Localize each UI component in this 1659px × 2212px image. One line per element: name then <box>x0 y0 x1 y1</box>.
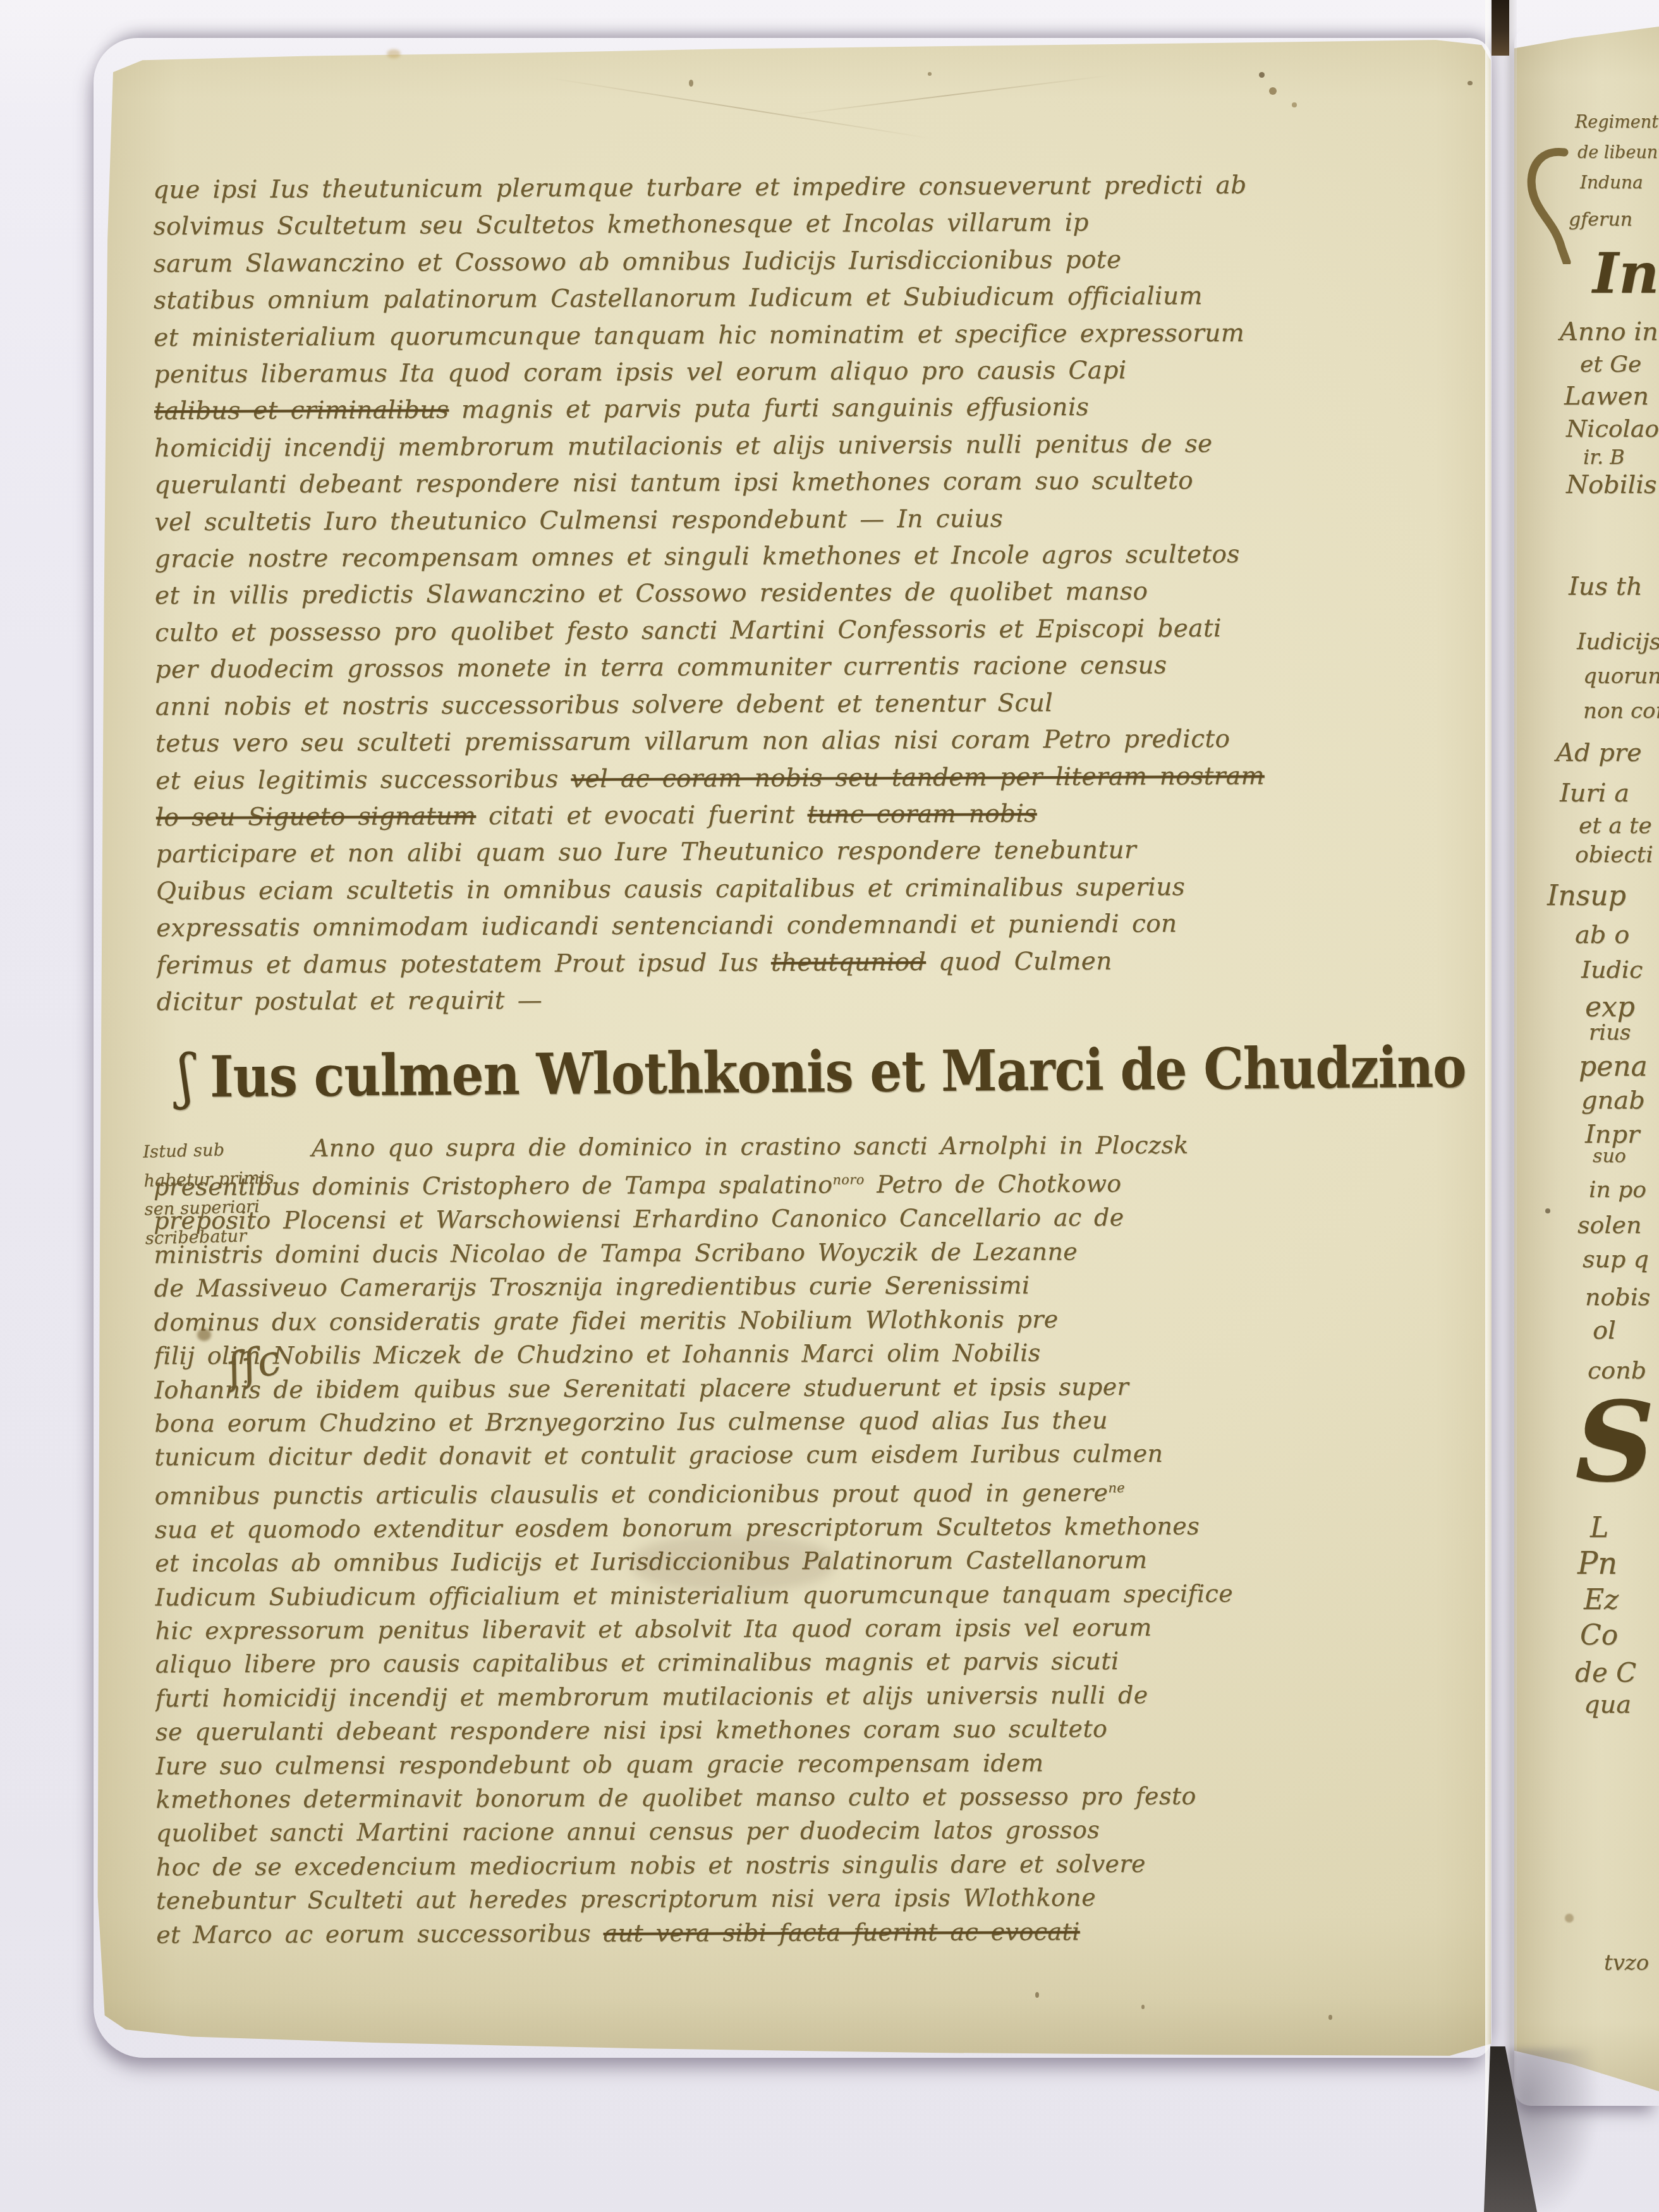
cutoff-text-fragment: Ad pre <box>1556 738 1642 767</box>
manuscript-line: bona eorum Chudzino et Brznyegorzino Ius… <box>154 1403 1387 1441</box>
manuscript-line: expressatis omnimodam iudicandi sentenci… <box>156 905 1389 947</box>
cutoff-text-fragment: suo <box>1593 1145 1626 1167</box>
manuscript-line: penitus liberamus Ita quod coram ipsis v… <box>154 351 1386 394</box>
text-segment: noro <box>832 1172 864 1188</box>
text-segment: citati et evocati fuerint <box>476 801 807 830</box>
cutoff-text-fragment: ab o <box>1575 920 1629 949</box>
text-segment: Petro de Chotkowo <box>865 1170 1122 1198</box>
ink-smudge <box>632 1534 834 1591</box>
manuscript-line: hic expressorum penitus liberavit et abs… <box>155 1610 1387 1648</box>
cutoff-text-fragment: quorund <box>1583 664 1659 689</box>
cutoff-text-fragment: Anno in <box>1560 317 1658 346</box>
rubric-heading: ʃIus culmen Wlothkonis et Marci de Chudz… <box>178 1032 1418 1111</box>
glass-clamp-strip <box>1485 0 1517 2212</box>
manuscript-line: omnibus punctis articulis clausulis et c… <box>155 1470 1387 1513</box>
manuscript-line: ministris domini ducis Nicolao de Tampa … <box>154 1234 1386 1272</box>
cutoff-text-fragment: qua <box>1584 1690 1631 1719</box>
text-segment: Iure suo culmensi respondebunt ob quam g… <box>155 1749 1043 1780</box>
cutoff-text-fragment: Lawen <box>1564 382 1649 411</box>
cutoff-text-fragment: rius <box>1589 1020 1631 1045</box>
cutoff-text-fragment: de C <box>1575 1657 1636 1688</box>
cutoff-text-fragment: Co <box>1580 1619 1618 1651</box>
text-segment: se querulanti debeant respondere nisi ip… <box>155 1715 1107 1746</box>
text-segment: ministris domini ducis Nicolao de Tampa … <box>154 1237 1078 1268</box>
cutoff-text-fragment: solen <box>1577 1211 1642 1239</box>
manuscript-line: furti homicidij incendij et membrorum mu… <box>155 1677 1388 1715</box>
stain <box>1259 72 1265 78</box>
cutoff-text-fragment: gnab <box>1581 1086 1645 1115</box>
cutoff-text-fragment: Insup <box>1547 880 1626 912</box>
text-segment: statibus omnium palatinorum Castellanoru… <box>154 282 1203 315</box>
text-segment: anni nobis et nostris successoribus solv… <box>155 689 1053 721</box>
manuscript-line: ferimus et damus potestatem Prout ipsud … <box>156 942 1389 984</box>
cutoff-text-fragment: ir. B <box>1583 445 1625 469</box>
manuscript-line: Iure suo culmensi respondebunt ob quam g… <box>155 1745 1388 1783</box>
manuscript-line: homicidij incendij membrorum mutilacioni… <box>154 425 1387 468</box>
manuscript-line: quolibet sancti Martini racione annui ce… <box>156 1813 1389 1850</box>
cutoff-text-fragment: tvzo <box>1604 1950 1649 1976</box>
text-segment: omnibus punctis articulis clausulis et c… <box>155 1479 1109 1510</box>
manuscript-line: preposito Plocensi et Warschowiensi Erha… <box>154 1200 1386 1238</box>
manuscript-line: hoc de se excedencium mediocrium nobis e… <box>156 1846 1389 1884</box>
manuscript-line: participare et non alibi quam suo Iure T… <box>156 831 1389 873</box>
paraph-flourish-icon: ʃ <box>178 1042 192 1111</box>
manuscript-line: culto et possesso pro quolibet festo san… <box>155 610 1387 652</box>
text-segment: que ipsi Ius theutunicum plerumque turba… <box>153 171 1247 205</box>
manuscript-line: tunicum dicitur dedit donavit et contuli… <box>154 1437 1387 1474</box>
text-segment: culto et possesso pro quolibet festo san… <box>155 614 1222 647</box>
text-segment: ne <box>1108 1480 1125 1495</box>
text-segment: sarum Slawanczino et Cossowo ab omnibus … <box>154 245 1122 278</box>
manuscript-line: statibus omnium palatinorum Castellanoru… <box>154 277 1386 320</box>
stain <box>1545 1208 1550 1213</box>
text-segment: homicidij incendij membrorum mutilacioni… <box>154 430 1213 463</box>
cutoff-text-fragment: in po <box>1589 1177 1646 1203</box>
manuscript-line: se querulanti debeant respondere nisi ip… <box>155 1711 1388 1749</box>
text-segment: querulanti debeant respondere nisi tantu… <box>154 466 1193 499</box>
text-segment: penitus liberamus Ita quod coram ipsis v… <box>154 356 1126 389</box>
text-segment: gracie nostre recompensam omnes et singu… <box>155 540 1240 573</box>
text-segment: expressatis omnimodam iudicandi sentenci… <box>156 909 1177 942</box>
manuscript-photo: { "document": { "kind": "medieval manusc… <box>0 0 1659 2212</box>
initial-flourish-icon <box>1525 147 1585 264</box>
manuscript-line: dicitur postulat et requirit — <box>157 979 1389 1021</box>
manuscript-line: et Marco ac eorum successoribus aut vera… <box>156 1914 1389 1952</box>
manuscript-line: per duodecim grossos monete in terra com… <box>155 647 1387 689</box>
cutoff-text-fragment: ol <box>1593 1316 1616 1345</box>
text-segment: participare et non alibi quam suo Iure T… <box>156 836 1136 869</box>
text-segment: Iohannis de ibidem quibus sue Serenitati… <box>154 1373 1129 1404</box>
stain <box>689 80 693 87</box>
text-segment: dominus dux consideratis grate fidei mer… <box>154 1305 1059 1336</box>
stain <box>1565 1914 1574 1923</box>
text-segment: furti homicidij incendij et membrorum mu… <box>155 1681 1148 1712</box>
manuscript-line: Iohannis de ibidem quibus sue Serenitati… <box>154 1369 1387 1407</box>
manuscript-line: dominus dux consideratis grate fidei mer… <box>154 1301 1387 1339</box>
text-segment: et Marco ac eorum successoribus <box>156 1919 604 1948</box>
text-segment: dicitur postulat et requirit — <box>157 987 542 1017</box>
stain <box>1141 2005 1145 2009</box>
cutoff-text-fragment: obiecti <box>1575 842 1653 868</box>
manuscript-line: solvimus Scultetum seu Scultetos kmethon… <box>153 204 1385 246</box>
manuscript-line: et in villis predictis Slawanczino et Co… <box>155 573 1387 615</box>
manuscript-line: et eius legitimis successoribus vel ac c… <box>155 757 1388 799</box>
text-segment: kmethones determinavit bonorum de quolib… <box>155 1782 1196 1814</box>
cutoff-text-fragment: Ius th <box>1569 572 1643 601</box>
stain <box>1468 81 1473 85</box>
manuscript-line: et ministerialium quorumcunque tanquam h… <box>154 314 1386 356</box>
text-segment: lo seu Sigueto signatum <box>155 802 476 832</box>
text-segment: et ministerialium quorumcunque tanquam h… <box>154 319 1244 352</box>
stain <box>1269 87 1277 95</box>
manuscript-line: anni nobis et nostris successoribus solv… <box>155 683 1388 726</box>
manuscript-line: de Massiveuo Camerarijs Trosznija ingred… <box>154 1268 1387 1306</box>
text-segment: hic expressorum penitus liberavit et abs… <box>155 1613 1152 1645</box>
text-segment: et eius legitimis successoribus <box>155 765 571 795</box>
stain <box>1328 2015 1332 2020</box>
text-segment: talibus et criminalibus <box>154 396 449 426</box>
text-segment: solvimus Scultetum seu Scultetos kmethon… <box>153 209 1089 241</box>
cutoff-text-fragment: Regimenta <box>1575 112 1659 132</box>
text-segment: filij olim Nobilis Miczek de Chudzino et… <box>154 1339 1041 1370</box>
cutoff-text-fragment: de libeunt <box>1577 143 1659 162</box>
cutoff-text-fragment: Iuri a <box>1560 779 1629 808</box>
manuscript-line: talibus et criminalibus magnis et parvis… <box>154 388 1387 430</box>
text-segment: tunc coram nobis <box>807 799 1036 829</box>
text-segment: quod Culmen <box>926 947 1112 976</box>
text-segment: magnis et parvis puta furti sanguinis ef… <box>449 393 1089 424</box>
rubric-heading-text: Ius culmen Wlothkonis et Marci de Chudzi… <box>210 1033 1466 1110</box>
manuscript-line: kmethones determinavit bonorum de quolib… <box>155 1779 1388 1817</box>
cutoff-text-fragment: exp <box>1585 991 1635 1023</box>
text-segment: vel ac coram nobis seu tandem per litera… <box>571 762 1265 793</box>
manuscript-line: gracie nostre recompensam omnes et singu… <box>155 536 1387 578</box>
cutoff-text-fragment: Pn <box>1577 1546 1617 1581</box>
text-segment: Quibus eciam scultetis in omnibus causis… <box>156 873 1185 906</box>
cutoff-text-fragment: L <box>1590 1512 1608 1544</box>
manuscript-line: tenebuntur Sculteti aut heredes prescrip… <box>156 1880 1389 1918</box>
manuscript-line: que ipsi Ius theutunicum plerumque turba… <box>153 167 1385 209</box>
cutoff-text-fragment: St <box>1575 1378 1659 1507</box>
text-segment: quolibet sancti Martini racione annui ce… <box>156 1816 1100 1847</box>
text-segment: theutquniod <box>771 947 926 976</box>
cutoff-text-fragment: sup q <box>1583 1245 1649 1273</box>
cutoff-text-fragment: Iudicijs <box>1577 629 1659 655</box>
text-segment: hoc de se excedencium mediocrium nobis e… <box>156 1850 1146 1881</box>
manuscript-line: querulanti debeant respondere nisi tantu… <box>154 462 1387 504</box>
manuscript-line: tetus vero seu sculteti premissarum vill… <box>155 720 1388 763</box>
text-segment: de Massiveuo Camerarijs Trosznija ingred… <box>154 1272 1030 1303</box>
manuscript-line: sarum Slawanczino et Cossowo ab omnibus … <box>154 241 1386 283</box>
manuscript-line: vel scultetis Iuro theutunico Culmensi r… <box>154 499 1387 541</box>
text-segment: bona eorum Chudzino et Brznyegorzino Ius… <box>154 1406 1108 1437</box>
cutoff-text-fragment: non cor <box>1583 698 1659 724</box>
manuscript-line: presentibus dominis Cristophero de Tampa… <box>154 1162 1386 1205</box>
text-segment: Anno quo supra die dominico in crastino … <box>312 1131 1189 1162</box>
stain <box>1035 1992 1039 1998</box>
stain <box>928 72 932 76</box>
manuscript-line: lo seu Sigueto signatum citati et evocat… <box>155 794 1388 837</box>
text-segment: per duodecim grossos monete in terra com… <box>155 652 1167 684</box>
text-segment: aliquo libere pro causis capitalibus et … <box>155 1647 1119 1678</box>
text-segment: ferimus et damus potestatem Prout ipsud … <box>156 949 770 980</box>
cutoff-text-fragment: Induna <box>1580 172 1643 193</box>
cutoff-text-fragment: nobis <box>1585 1283 1650 1311</box>
stain <box>1292 102 1297 107</box>
text-block-privilege-1: que ipsi Ius theutunicum plerumque turba… <box>153 167 1389 1021</box>
cutoff-text-fragment: Ez <box>1584 1584 1619 1616</box>
text-segment: tunicum dicitur dedit donavit et contuli… <box>154 1440 1163 1471</box>
text-segment: aut vera sibi facta fuerint ac evocati <box>603 1917 1079 1947</box>
clamp-rod-top <box>1492 0 1509 56</box>
cutoff-text-fragment: et Ge <box>1580 351 1641 377</box>
cutoff-text-fragment: Nicolao <box>1566 415 1659 442</box>
cutoff-text-fragment: et a te <box>1579 813 1652 839</box>
manuscript-line: Quibus eciam scultetis in omnibus causis… <box>156 868 1389 910</box>
manuscript-line: aliquo libere pro causis capitalibus et … <box>155 1644 1388 1682</box>
stain <box>197 1328 211 1341</box>
cutoff-text-fragment: Nobilis <box>1566 470 1657 499</box>
stain <box>387 49 401 58</box>
text-segment: tetus vero seu sculteti premissarum vill… <box>155 725 1230 758</box>
manuscript-line: Anno quo supra die dominico in crastino … <box>154 1128 1386 1166</box>
text-segment: preposito Plocensi et Warschowiensi Erha… <box>154 1204 1124 1235</box>
cutoff-text-fragment: pena <box>1579 1050 1648 1083</box>
manuscript-line: filij olim Nobilis Miczek de Chudzino et… <box>154 1335 1387 1373</box>
cutoff-text-fragment: Iudic <box>1581 956 1643 983</box>
cutoff-text-fragment: In M <box>1593 240 1659 306</box>
text-segment: et in villis predictis Slawanczino et Co… <box>155 578 1148 611</box>
text-segment: tenebuntur Sculteti aut heredes prescrip… <box>156 1883 1096 1914</box>
text-segment: vel scultetis Iuro theutunico Culmensi r… <box>154 504 1003 537</box>
text-segment: presentibus dominis Cristophero de Tampa… <box>154 1171 833 1201</box>
